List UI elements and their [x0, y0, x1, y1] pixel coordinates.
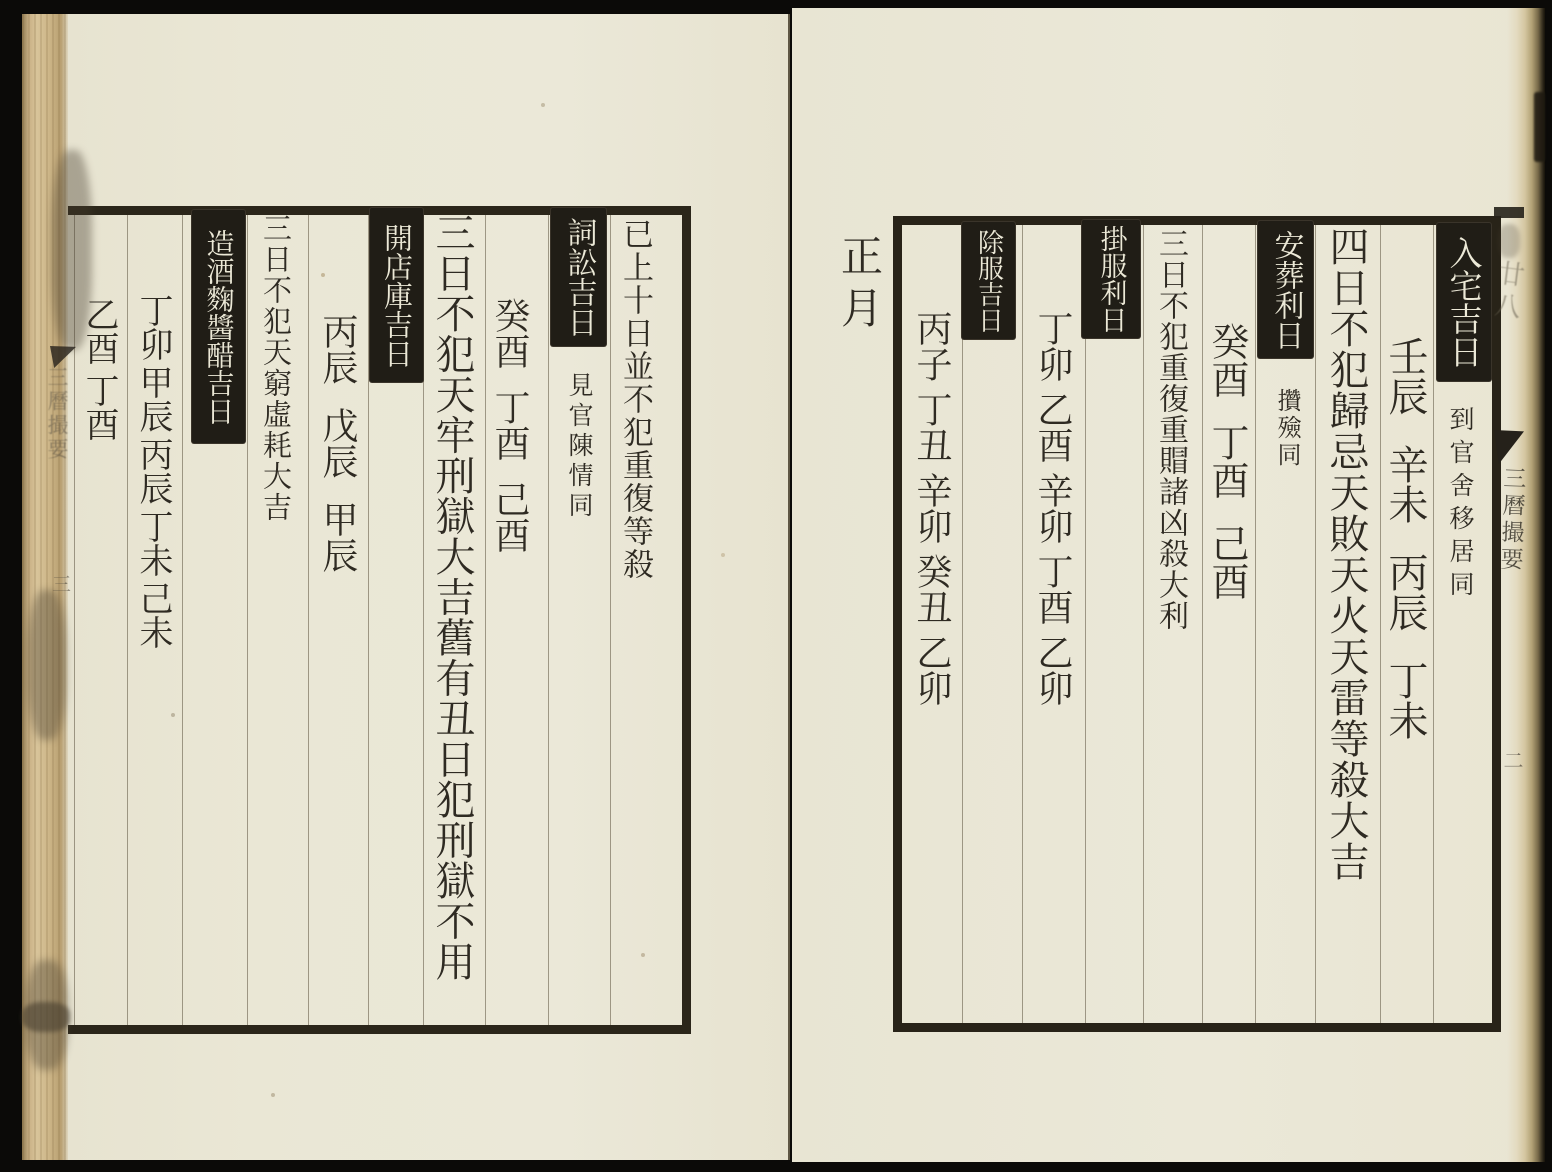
running-title-left: 三曆撮要 — [46, 366, 67, 462]
section-header-open-shop: 開店庫吉日 — [370, 208, 423, 382]
column-rule — [548, 215, 549, 1025]
column-rule — [308, 215, 309, 1025]
section-header-remove-mourning: 除服吉日 — [962, 222, 1015, 339]
section-header-burial: 安葬利日 — [1258, 221, 1313, 358]
day-column: 丙辰戊辰甲辰 — [319, 313, 355, 573]
running-title-right: 三曆撮要 — [1497, 466, 1524, 575]
month-label: 正月 — [838, 234, 880, 338]
section-note: 見官陳情同 — [567, 372, 592, 522]
book-scan: 已上十日並不犯重復等殺 詞訟吉日 見官陳情同 癸酉丁酉己酉 三日不犯天牢刑獄大吉… — [0, 0, 1552, 1172]
column-rule — [1255, 225, 1256, 1023]
comment-column: 三日不犯天窮虛耗大吉 — [261, 213, 290, 523]
column-rule — [1143, 225, 1144, 1023]
section-note: 到官舍移居同 — [1448, 406, 1473, 604]
spine-ink-smudge — [52, 150, 92, 350]
day-column: 丁卯甲辰丙辰丁未己未 — [136, 293, 170, 649]
day-column: 丁卯乙酉辛卯丁酉乙卯 — [1034, 310, 1070, 706]
column-rule — [1315, 225, 1316, 1023]
column-rule — [127, 215, 128, 1025]
column-rule — [1085, 225, 1086, 1023]
day-column: 壬辰辛未丙辰丁未 — [1385, 336, 1425, 740]
faded-hand-mark — [1498, 224, 1520, 258]
day-column: 癸酉丁酉己酉 — [491, 297, 527, 553]
comment-column: 四日不犯歸忌天敗天火天雷等殺大吉 — [1326, 226, 1366, 882]
page-number-left: 三 — [50, 574, 69, 593]
column-rule — [368, 215, 369, 1025]
column-rule — [1433, 225, 1434, 1023]
handwritten-note: 廿八 — [1490, 259, 1524, 326]
border-end-smudge — [22, 1002, 70, 1032]
section-header-enter-house: 入宅吉日 — [1437, 223, 1491, 381]
column-rule — [423, 215, 424, 1025]
column-rule — [962, 225, 963, 1023]
column-rule — [1380, 225, 1381, 1023]
column-rule — [1202, 225, 1203, 1023]
column-rule — [247, 215, 248, 1025]
section-header-lawsuit: 詞訟吉日 — [551, 208, 606, 346]
closing-line: 已上十日並不犯重復等殺 — [619, 218, 650, 581]
day-column: 丙子丁丑辛卯癸丑乙卯 — [913, 310, 949, 706]
comment-column: 三日不犯重復重賵諸凶殺大利 — [1155, 228, 1185, 631]
page-edge-notch — [1534, 92, 1545, 162]
page-number-right: 二 — [1502, 750, 1522, 770]
comment-column: 三日不犯天牢刑獄大吉舊有丑日犯刑獄不用 — [432, 212, 472, 982]
column-rule — [485, 215, 486, 1025]
column-rule — [1022, 225, 1023, 1023]
spine-ink-smudge — [28, 590, 66, 740]
frame-top-extension — [1494, 207, 1524, 218]
section-header-brewing: 造酒麴醬醋吉日 — [192, 210, 245, 443]
day-column: 癸酉丁酉己酉 — [1208, 322, 1246, 600]
section-note: 攢殮同 — [1275, 388, 1299, 469]
column-rule — [182, 215, 183, 1025]
section-header-mourning-dress: 掛服利日 — [1082, 220, 1140, 338]
page-edge-stack — [1507, 8, 1545, 1162]
column-rule — [610, 215, 611, 1025]
